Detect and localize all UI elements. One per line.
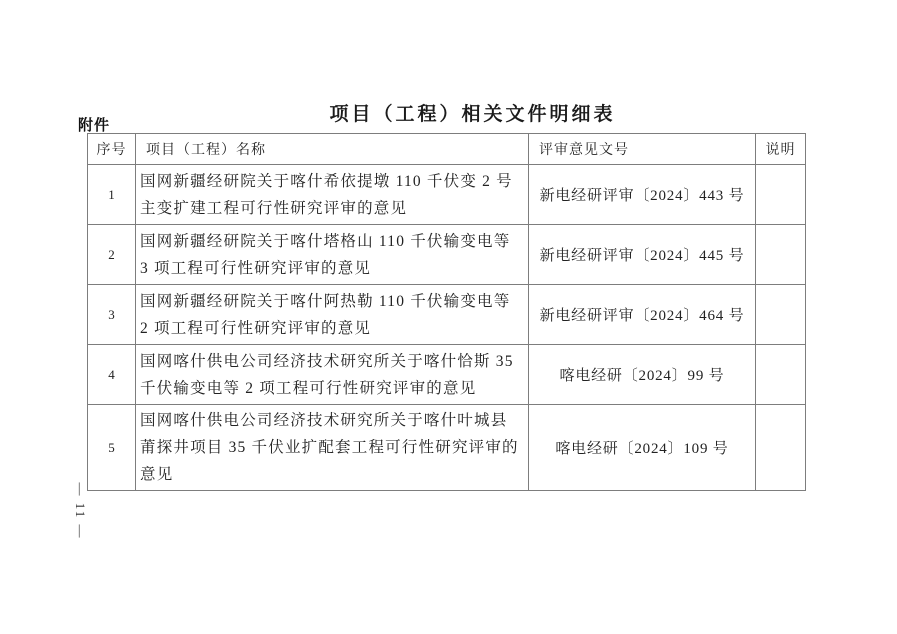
cell-serial-number: 1 (88, 165, 136, 225)
cell-serial-number: 3 (88, 285, 136, 345)
header-serial-number: 序号 (88, 134, 136, 165)
header-review-doc-number: 评审意见文号 (529, 134, 756, 165)
cell-note (756, 405, 806, 491)
header-project-name: 项目（工程）名称 (136, 134, 529, 165)
cell-note (756, 285, 806, 345)
cell-project-name: 国网新疆经研院关于喀什阿热勒 110 千伏输变电等 2 项工程可行性研究评审的意… (136, 285, 529, 345)
cell-project-name: 国网新疆经研院关于喀什塔格山 110 千伏输变电等 3 项工程可行性研究评审的意… (136, 225, 529, 285)
page-title: 项目（工程）相关文件明细表 (48, 99, 897, 126)
cell-doc-number: 新电经研评审〔2024〕443 号 (529, 165, 756, 225)
cell-note (756, 345, 806, 405)
cell-doc-number: 新电经研评审〔2024〕464 号 (529, 285, 756, 345)
cell-serial-number: 2 (88, 225, 136, 285)
table-row: 3 国网新疆经研院关于喀什阿热勒 110 千伏输变电等 2 项工程可行性研究评审… (88, 285, 806, 345)
cell-serial-number: 4 (88, 345, 136, 405)
table-row: 2 国网新疆经研院关于喀什塔格山 110 千伏输变电等 3 项工程可行性研究评审… (88, 225, 806, 285)
cell-doc-number: 喀电经研〔2024〕109 号 (529, 405, 756, 491)
cell-project-name: 国网新疆经研院关于喀什希依提墩 110 千伏变 2 号主变扩建工程可行性研究评审… (136, 165, 529, 225)
cell-note (756, 225, 806, 285)
cell-project-name: 国网喀什供电公司经济技术研究所关于喀什恰斯 35 千伏输变电等 2 项工程可行性… (136, 345, 529, 405)
header-note: 说明 (756, 134, 806, 165)
documents-table: 序号 项目（工程）名称 评审意见文号 说明 1 国网新疆经研院关于喀什希依提墩 … (87, 133, 806, 491)
table-row: 1 国网新疆经研院关于喀什希依提墩 110 千伏变 2 号主变扩建工程可行性研究… (88, 165, 806, 225)
cell-project-name: 国网喀什供电公司经济技术研究所关于喀什叶城县莆探井项目 35 千伏业扩配套工程可… (136, 405, 529, 491)
table-header-row: 序号 项目（工程）名称 评审意见文号 说明 (88, 134, 806, 165)
table-row: 5 国网喀什供电公司经济技术研究所关于喀什叶城县莆探井项目 35 千伏业扩配套工… (88, 405, 806, 491)
cell-note (756, 165, 806, 225)
document-page: 项目（工程）相关文件明细表 附件 序号 项目（工程）名称 评审意见文号 说明 1… (0, 0, 897, 634)
attachment-label: 附件 (78, 114, 110, 135)
table-row: 4 国网喀什供电公司经济技术研究所关于喀什恰斯 35 千伏输变电等 2 项工程可… (88, 345, 806, 405)
cell-doc-number: 喀电经研〔2024〕99 号 (529, 345, 756, 405)
cell-doc-number: 新电经研评审〔2024〕445 号 (529, 225, 756, 285)
page-number: — 11 — (47, 478, 113, 544)
